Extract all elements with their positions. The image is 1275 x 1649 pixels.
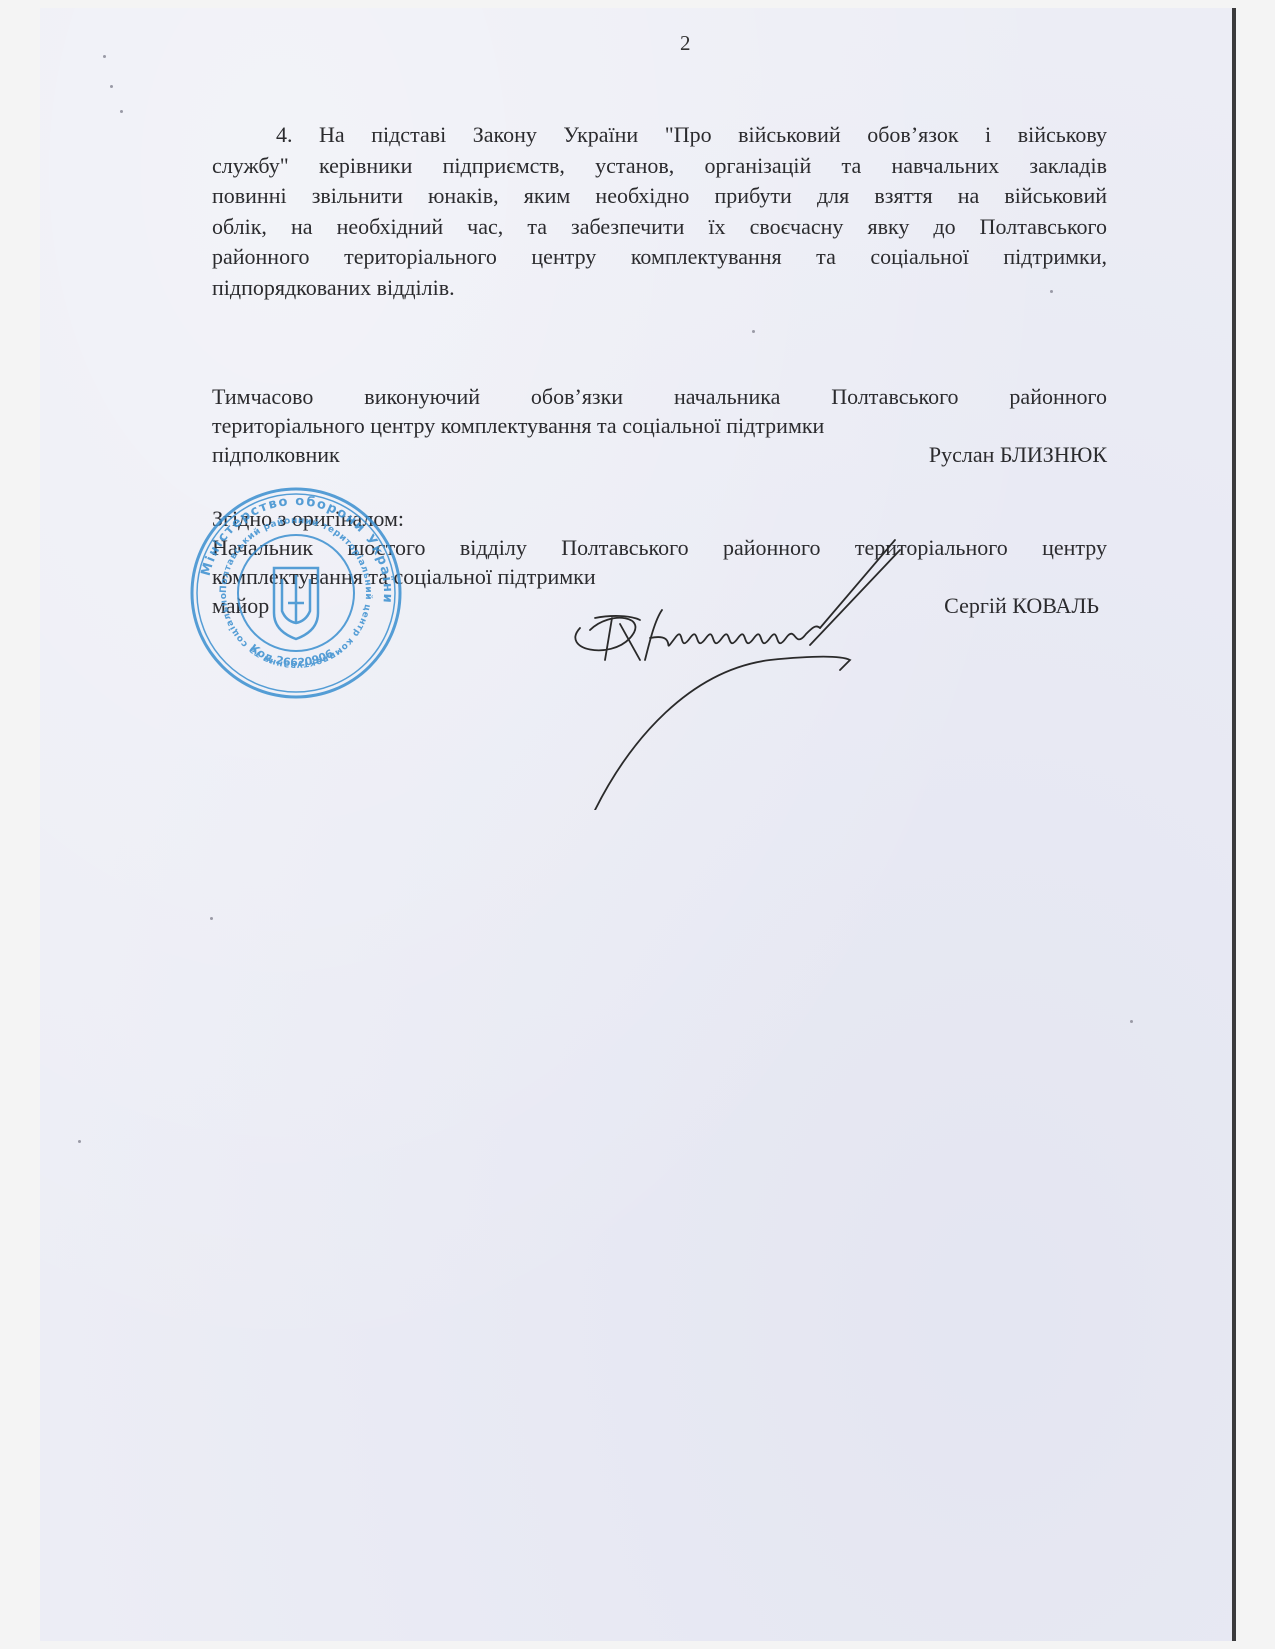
- page-number: 2: [680, 31, 691, 56]
- official-stamp-icon: Міністерство оборони України Полтавський…: [186, 483, 406, 703]
- trident-emblem-icon: [274, 568, 318, 639]
- signatory-name: Руслан БЛИЗНЮК: [929, 440, 1107, 469]
- signatory-rank-row: підполковник Руслан БЛИЗНЮК: [212, 440, 1107, 469]
- paragraph-line: підпорядкованих відділів.: [212, 273, 1107, 304]
- scan-speck: [1050, 290, 1053, 293]
- paragraph-line: повинні звільнити юнаків, яким необхідно…: [212, 181, 1107, 212]
- paragraph-4: 4. На підставі Закону України "Про війсь…: [212, 120, 1107, 304]
- signatory-rank: підполковник: [212, 440, 340, 469]
- page-edge-shadow: [1232, 8, 1236, 1641]
- paragraph-line: 4. На підставі Закону України "Про війсь…: [212, 120, 1107, 151]
- signatory-block: Тимчасово виконуючий обов’язки начальник…: [212, 382, 1107, 469]
- scan-speck: [1130, 1020, 1133, 1023]
- certification-name: Сергій КОВАЛЬ: [944, 591, 1099, 620]
- paragraph-line: районного територіального центру комплек…: [212, 242, 1107, 273]
- scan-speck: [103, 55, 106, 58]
- signatory-position: Тимчасово виконуючий обов’язки начальник…: [212, 382, 1107, 411]
- paragraph-line: облік, на необхідний час, та забезпечити…: [212, 212, 1107, 243]
- scan-speck: [78, 1140, 81, 1143]
- scan-speck: [210, 917, 213, 920]
- signatory-position-cont: територіального центру комплектування та…: [212, 411, 1107, 440]
- scan-speck: [120, 110, 123, 113]
- scan-speck: [752, 330, 755, 333]
- scan-speck: [110, 85, 113, 88]
- signature-icon: [550, 520, 910, 810]
- paragraph-line: службу" керівники підприємств, установ, …: [212, 151, 1107, 182]
